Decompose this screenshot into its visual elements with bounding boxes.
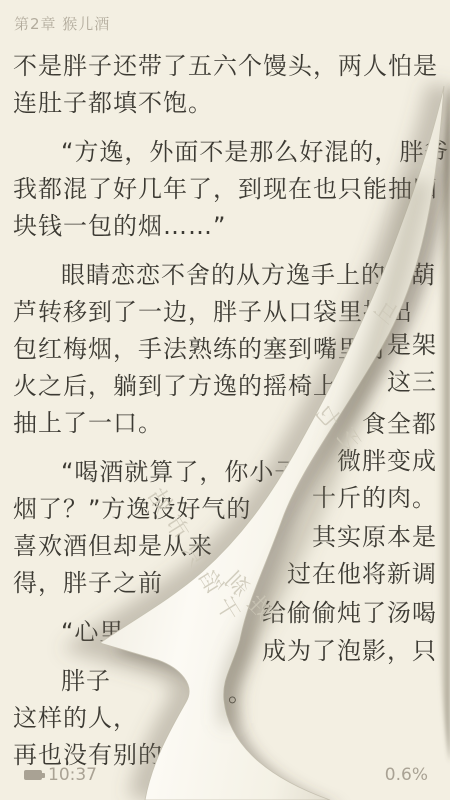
text-line: 眼睛恋恋不舍的从方逸手上的酒葫	[13, 257, 443, 294]
text-line: 芦转移到了一边，胖子从口袋里掏出	[13, 294, 443, 331]
text-line: 火之后，躺到了方逸的摇椅上，	[13, 368, 443, 405]
paragraph: 不是胖子还带了五六个馒头，两人怕是连肚子都填不饱。	[13, 48, 443, 122]
battery-icon	[24, 770, 42, 780]
text-line: 包红梅烟，手法熟练的塞到嘴里打	[13, 331, 443, 368]
text-line: “喝酒就算了，你小子	[13, 454, 443, 491]
paragraph: “喝酒就算了，你小子烟了？”方逸没好气的喜欢酒但却是从来得，胖子之前	[13, 454, 443, 602]
paragraph: “方逸，外面不是那么好混的，胖爷我都混了好几年了，到现在也只能抽四块钱一包的烟……	[13, 134, 443, 245]
text-line: 连肚子都填不饱。	[13, 85, 443, 122]
text-line: “方逸，外面不是那么好混的，胖爷	[13, 134, 443, 171]
paragraph: “心里	[13, 614, 443, 651]
paragraph: 眼睛恋恋不舍的从方逸手上的酒葫芦转移到了一边，胖子从口袋里掏出包红梅烟，手法熟练…	[13, 257, 443, 442]
text-line: “心里	[13, 614, 443, 651]
text-line: 不是胖子还带了五六个馒头，两人怕是	[13, 48, 443, 85]
text-line: 烟了？”方逸没好气的	[13, 491, 443, 528]
text-line: 这样的人，	[13, 700, 443, 737]
reader-screen[interactable]: 是架这三食全都微胖变成十斤的肉。其实原本是过在他将新调给偷偷炖了汤喝成为了泡影，…	[0, 0, 450, 800]
text-line: 块钱一包的烟……”	[13, 208, 443, 245]
text-line: 得，胖子之前	[13, 565, 443, 602]
text-line: 胖子	[13, 663, 443, 700]
text-line: 我都混了好几年了，到现在也只能抽四	[13, 171, 443, 208]
status-left: 10:37	[24, 765, 97, 785]
page-text: 不是胖子还带了五六个馒头，两人怕是连肚子都填不饱。“方逸，外面不是那么好混的，胖…	[13, 48, 443, 774]
chapter-title: 第2章 猴儿酒	[14, 13, 110, 34]
text-line: 喜欢酒但却是从来	[13, 528, 443, 565]
current-page[interactable]: 第2章 猴儿酒 不是胖子还带了五六个馒头，两人怕是连肚子都填不饱。“方逸，外面不…	[0, 0, 450, 800]
text-line: 抽上了一口。	[13, 405, 443, 442]
paragraph: 胖子这样的人，再也没有别的长	[13, 663, 443, 774]
clock-time: 10:37	[48, 765, 97, 785]
